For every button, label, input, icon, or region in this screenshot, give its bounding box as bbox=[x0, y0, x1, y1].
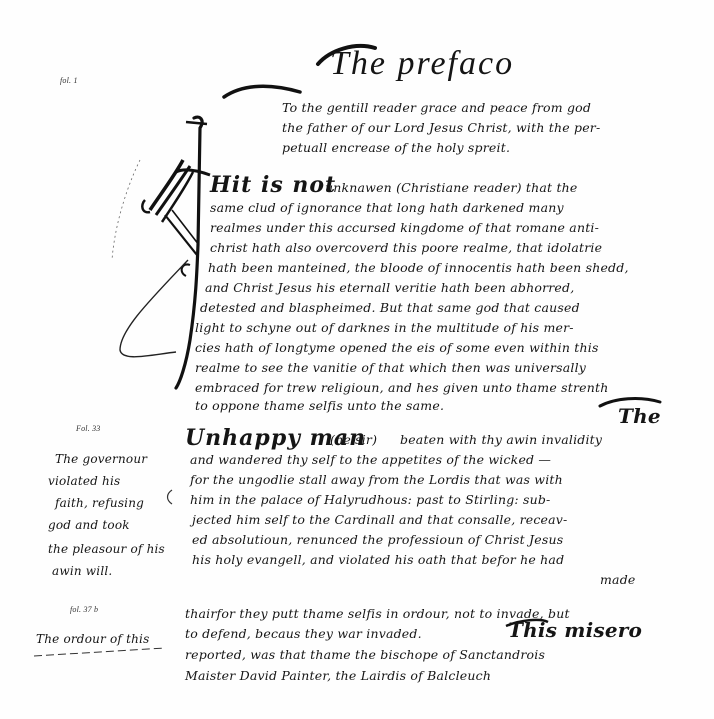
folio-mark-1: fol. 1 bbox=[60, 76, 78, 85]
section-one-line-12: to oppone thame selfis unto the same. bbox=[195, 396, 444, 416]
section-one-line-7: detested and blaspheimed. But that same … bbox=[200, 298, 580, 318]
section-two-line-4: him in the palace of Halyrudhous: past t… bbox=[190, 490, 550, 510]
section-one-line-3: realmes under this accursed kingdome of … bbox=[210, 218, 599, 238]
section-one-line-11: embraced for trew religioun, and hes giv… bbox=[195, 378, 608, 398]
section-three-line-4: Maister David Painter, the Lairdis of Ba… bbox=[185, 666, 491, 686]
section-three-line-2: to defend, becaus they war invaded. bbox=[185, 624, 422, 644]
section-two-aside: (ne sir) bbox=[330, 430, 377, 450]
section-three-line-3: reported, was that thame the bischope of… bbox=[185, 645, 545, 665]
folio-mark-3: fol. 37 b bbox=[70, 605, 98, 614]
section-one-line-8: light to schyne out of darknes in the mu… bbox=[195, 318, 574, 338]
catchword: The bbox=[618, 404, 661, 428]
page-heading: The prefaco bbox=[330, 45, 514, 83]
section-two-line-3: for the ungodlie stall away from the Lor… bbox=[190, 470, 563, 490]
preface-line-3: petuall encrease of the holy spreit. bbox=[282, 138, 510, 158]
section-one-line-2: same clud of ignorance that long hath da… bbox=[210, 198, 564, 218]
margin-gloss-line-2: violated his bbox=[48, 472, 120, 490]
manuscript-page: fol. 1 Fol. 33 fol. 37 b The prefaco To … bbox=[0, 0, 714, 719]
margin-gloss-line-3: faith, refusing bbox=[55, 494, 144, 512]
section-one-line-4: christ hath also overcoverd this poore r… bbox=[210, 238, 602, 258]
section-three-margin-note: The ordour of this bbox=[36, 630, 149, 648]
section-one-line-9: cies hath of longtyme opened the eis of … bbox=[195, 338, 599, 358]
section-two-line-2: and wandered thy self to the appetites o… bbox=[190, 450, 551, 470]
section-two-line-5: jected him self to the Cardinall and tha… bbox=[192, 510, 567, 530]
section-one-line-10: realme to see the vanitie of that which … bbox=[195, 358, 586, 378]
preface-line-2: the father of our Lord Jesus Christ, wit… bbox=[282, 118, 600, 138]
margin-gloss-line-6: awin will. bbox=[52, 562, 112, 580]
preface-line-1: To the gentill reader grace and peace fr… bbox=[282, 98, 591, 118]
section-three-emphasis: This misero bbox=[508, 618, 642, 642]
section-two-line-6: ed absolutioun, renunced the professioun… bbox=[192, 530, 563, 550]
section-one-opening: Hit is not bbox=[210, 172, 336, 198]
folio-mark-2: Fol. 33 bbox=[76, 424, 101, 433]
section-two-line-7: his holy evangell, and violated his oath… bbox=[192, 550, 564, 570]
section-one-line-5: hath been manteined, the bloode of innoc… bbox=[208, 258, 629, 278]
margin-gloss-line-5: the pleasour of his bbox=[48, 540, 165, 558]
section-two-line-1: beaten with thy awin invalidity bbox=[400, 430, 602, 450]
section-two-line-8: made bbox=[600, 570, 636, 590]
margin-gloss-line-1: The governour bbox=[55, 450, 147, 468]
section-one-line-1: unknawen (Christiane reader) that the bbox=[325, 178, 578, 198]
margin-gloss-line-4: god and took bbox=[48, 516, 130, 534]
section-one-line-6: and Christ Jesus his eternall veritie ha… bbox=[205, 278, 574, 298]
